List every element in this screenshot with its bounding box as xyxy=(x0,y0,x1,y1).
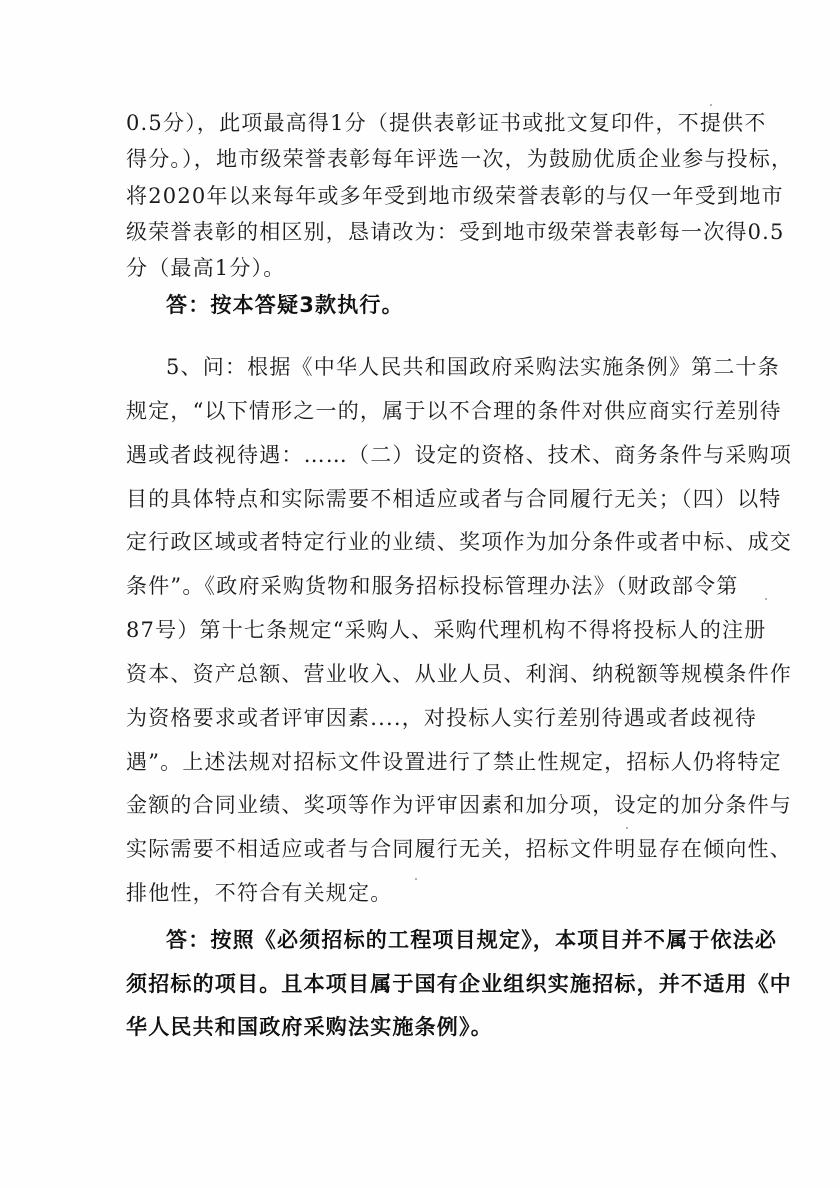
q5-text-line-3: 遇或者歧视待遇：……（二）设定的资格、技术、商务条件与采购项 xyxy=(126,440,714,470)
q5-text-line-1: 5、问：根据《中华人民共和国政府采购法实施条例》第二十条 xyxy=(166,352,714,382)
q5-text-line-6: 条件”。《政府采购货物和服务招标投标管理办法》（财政部令第 xyxy=(126,571,714,601)
q5-text-line-5: 定行政区域或者特定行业的业绩、奖项作为加分条件或者中标、成交 xyxy=(126,527,714,557)
answer-q5-line-1: 答：按照《必须招标的工程项目规定》，本项目并不属于依法必 xyxy=(166,925,714,955)
q4-text-line-3: 将2020年以来每年或多年受到地市级荣誉表彰的与仅一年受到地市 xyxy=(126,181,714,211)
answer-q5-line-2: 须招标的项目。且本项目属于国有企业组织实施招标，并不适用《中 xyxy=(126,969,714,999)
q4-text-line-2: 得分。），地市级荣誉表彰每年评选一次，为鼓励优质企业参与投标， xyxy=(126,144,714,174)
q4-text-line-4: 级荣誉表彰的相区别，恳请改为：受到地市级荣誉表彰每一次得0.5 xyxy=(126,217,714,247)
q5-text-line-7: 87号）第十七条规定“采购人、采购代理机构不得将投标人的注册 xyxy=(126,615,714,645)
q5-text-line-12: 实际需要不相适应或者与合同履行无关，招标文件明显存在倾向性、 xyxy=(126,834,714,864)
q5-text-line-11: 金额的合同业绩、奖项等作为评审因素和加分项，设定的加分条件与 xyxy=(126,790,714,820)
q5-text-line-10: 遇”。上述法规对招标文件设置进行了禁止性规定，招标人仍将特定 xyxy=(126,747,714,777)
document-page: 0.5分），此项最高得1分（提供表彰证书或批文复印件，不提供不 得分。），地市级… xyxy=(0,0,840,1188)
q5-text-line-4: 目的具体特点和实际需要不相适应或者与合同履行无关；（四）以特 xyxy=(126,484,714,514)
scan-speck xyxy=(415,878,417,880)
q5-text-line-8: 资本、资产总额、营业收入、从业人员、利润、纳税额等规模条件作 xyxy=(126,659,714,689)
scan-speck xyxy=(710,104,712,106)
q5-text-line-2: 规定，“以下情形之一的，属于以不合理的条件对供应商实行差别待 xyxy=(126,396,714,426)
q5-text-line-9: 为资格要求或者评审因素....，对投标人实行差别待遇或者歧视待 xyxy=(126,703,714,733)
scan-speck xyxy=(626,827,628,829)
answer-q5-line-3: 华人民共和国政府采购法实施条例》。 xyxy=(126,1012,714,1042)
q4-text-line-5: 分（最高1分）。 xyxy=(126,253,714,283)
scan-speck xyxy=(765,598,767,600)
q5-text-line-13: 排他性，不符合有关规定。 xyxy=(126,878,714,908)
answer-q4: 答：按本答疑3款执行。 xyxy=(166,290,714,320)
q4-text-line-1: 0.5分），此项最高得1分（提供表彰证书或批文复印件，不提供不 xyxy=(126,108,714,138)
